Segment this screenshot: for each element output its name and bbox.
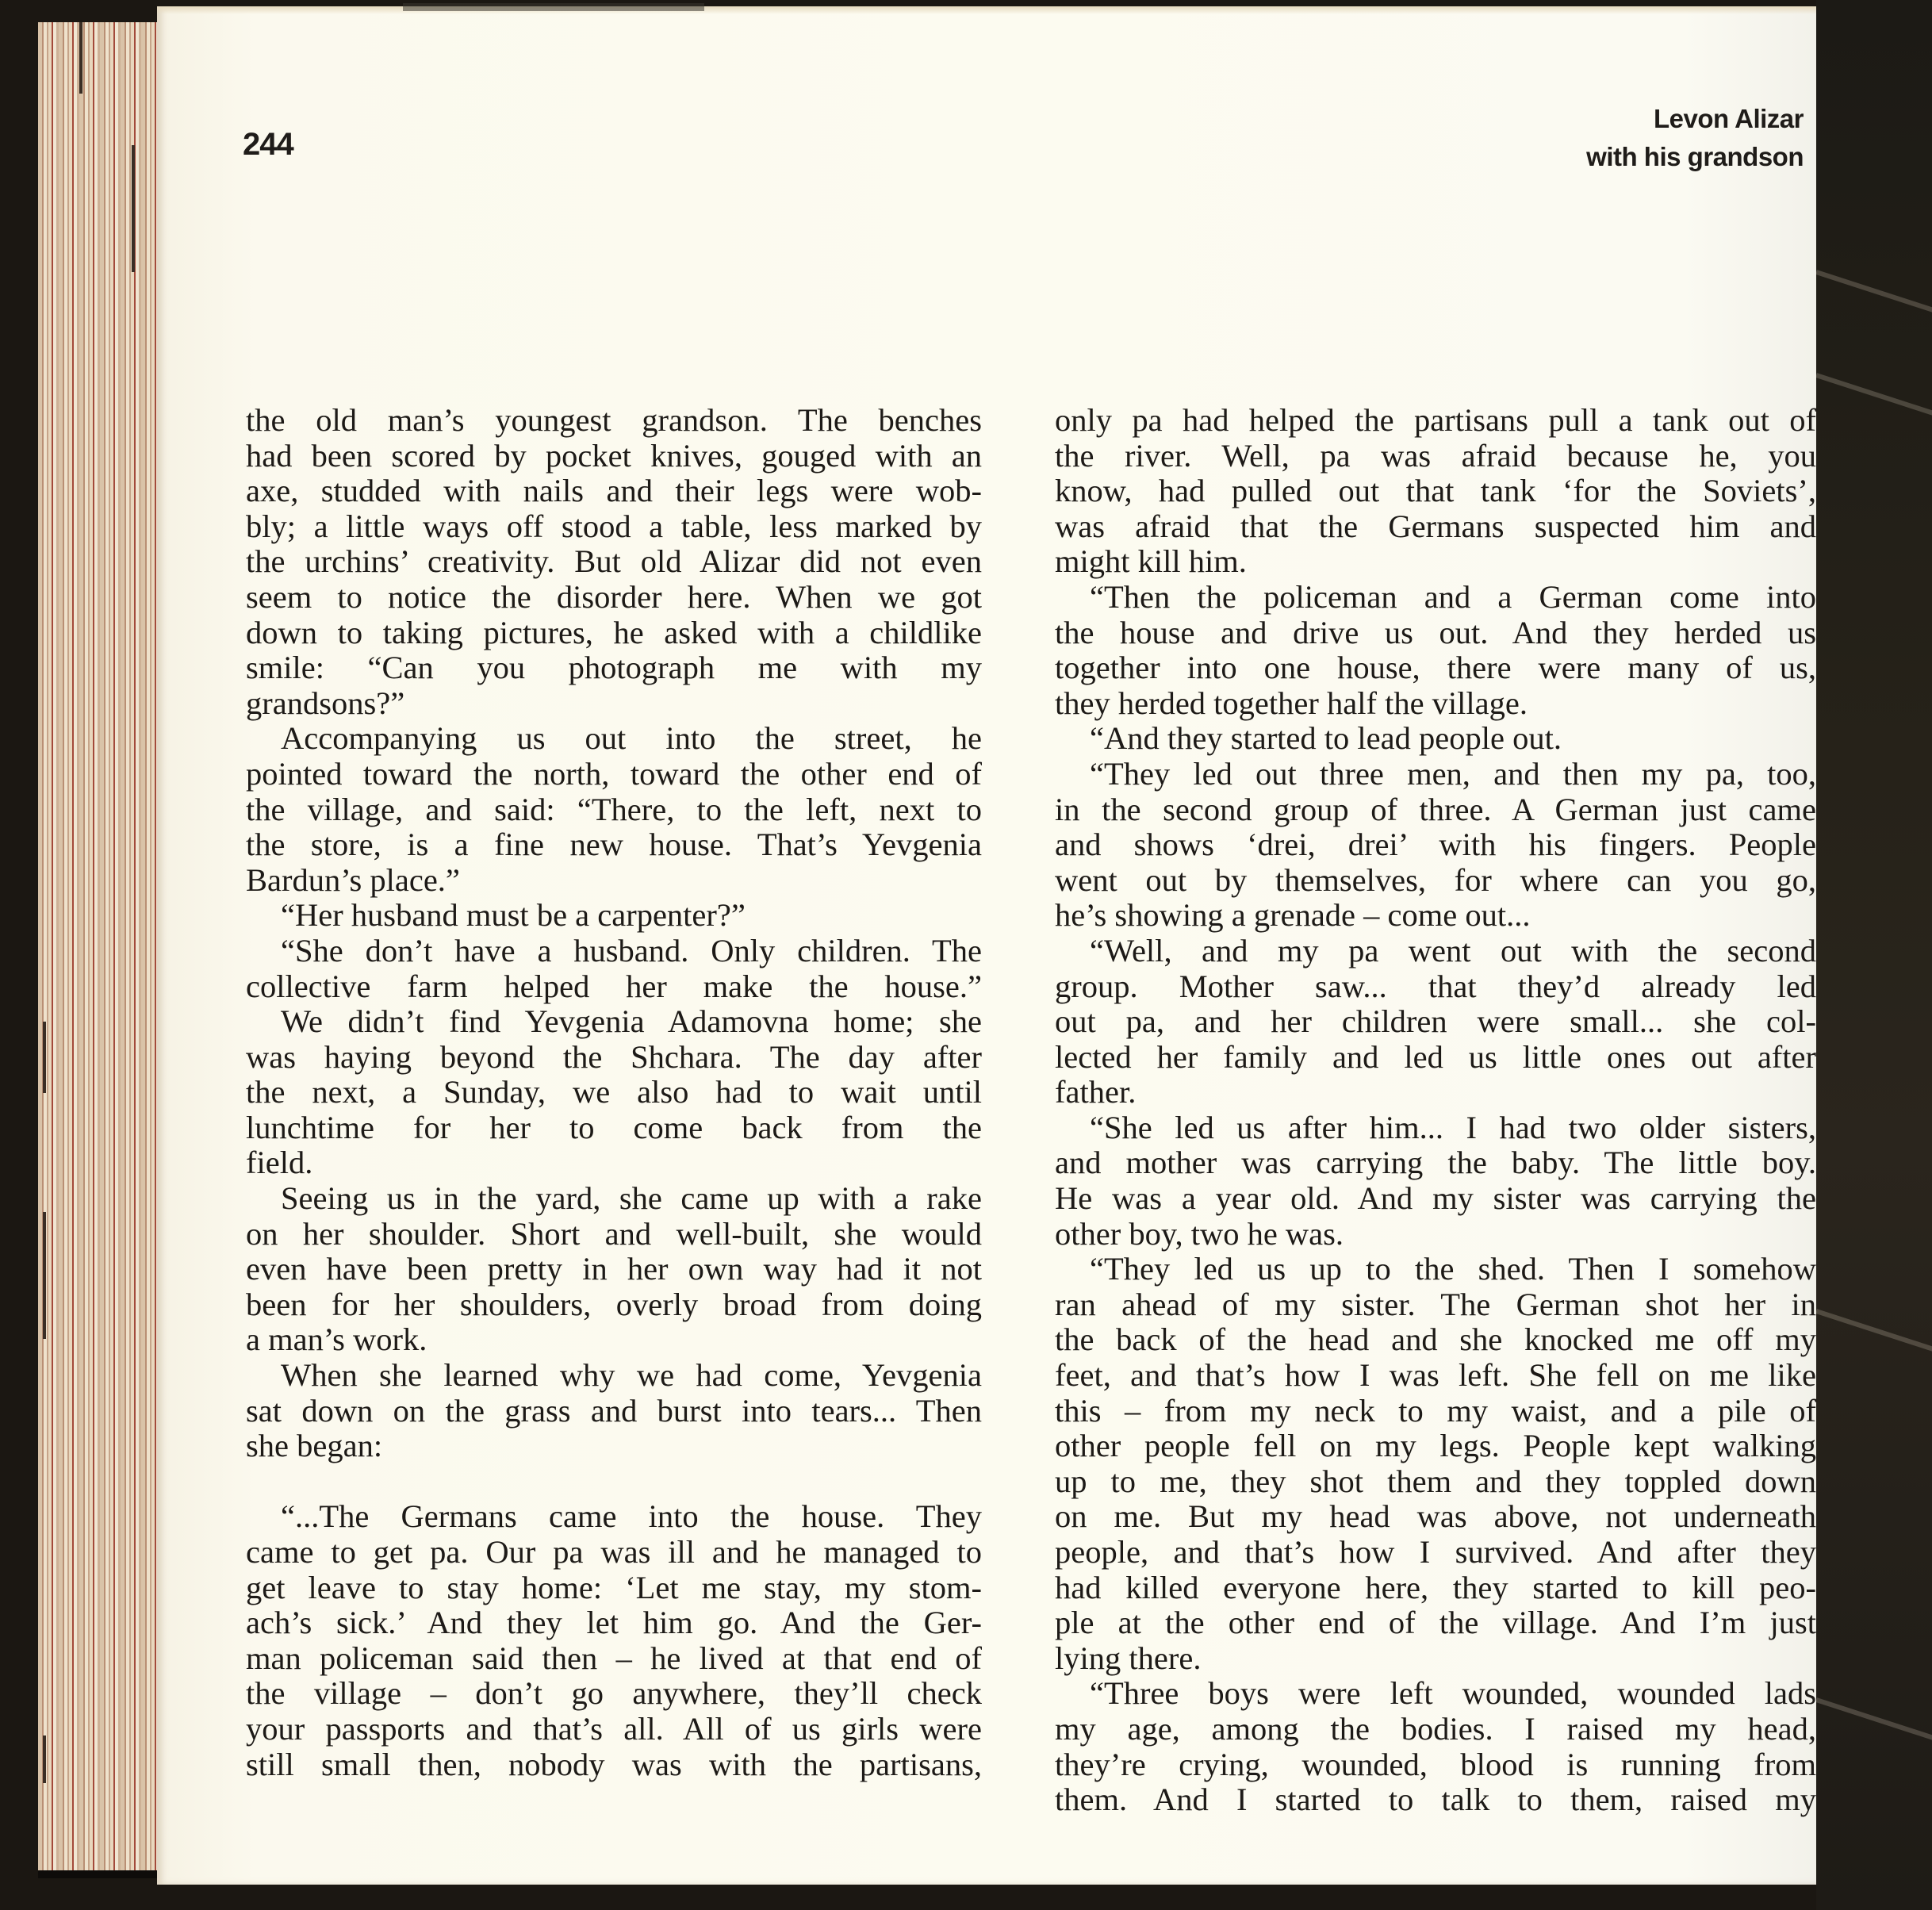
text-line: lying there. bbox=[1055, 1641, 1816, 1677]
text-line: grandsons?” bbox=[246, 686, 982, 722]
text-line: the village, and said: “There, to the le… bbox=[246, 792, 982, 828]
text-line: We didn’t find Yevgenia Adamovna home; s… bbox=[246, 1004, 982, 1040]
text-line: and mother was carrying the baby. The li… bbox=[1055, 1145, 1816, 1181]
text-line: the village – don’t go anywhere, they’ll… bbox=[246, 1676, 982, 1712]
text-line: the house and drive us out. And they her… bbox=[1055, 616, 1816, 651]
text-line: “...The Germans came into the house. The… bbox=[246, 1499, 982, 1535]
caption-line-1: Levon Alizar bbox=[1586, 100, 1804, 138]
text-line: “And they started to lead people out. bbox=[1055, 721, 1816, 757]
text-line: they’re crying, wounded, blood is runnin… bbox=[1055, 1747, 1816, 1783]
text-line: been for her shoulders, overly broad fro… bbox=[246, 1287, 982, 1323]
text-line: “They led us up to the shed. Then I some… bbox=[1055, 1252, 1816, 1287]
text-line: she began: bbox=[246, 1429, 982, 1464]
text-line: and shows ‘drei, drei’ with his fingers.… bbox=[1055, 827, 1816, 863]
page-edge-mark bbox=[43, 1022, 46, 1093]
text-line: feet, and that’s how I was left. She fel… bbox=[1055, 1358, 1816, 1394]
text-line: had been scored by pocket knives, gouged… bbox=[246, 439, 982, 474]
page-edge-mark bbox=[79, 22, 82, 94]
text-line: collective farm helped her make the hous… bbox=[246, 969, 982, 1005]
text-line: sat down on the grass and burst into tea… bbox=[246, 1394, 982, 1429]
text-line: When she learned why we had come, Yevgen… bbox=[246, 1358, 982, 1394]
text-line: went out by themselves, for where can yo… bbox=[1055, 863, 1816, 899]
text-line: “Her husband must be a carpenter?” bbox=[246, 898, 982, 934]
text-line: smile: “Can you photograph me with my bbox=[246, 650, 982, 686]
text-line: pointed toward the north, toward the oth… bbox=[246, 757, 982, 792]
book-page: 244 Levon Alizar with his grandson the o… bbox=[157, 6, 1816, 1885]
dark-background-right bbox=[1816, 0, 1932, 1910]
text-line: bly; a little ways off stood a table, le… bbox=[246, 509, 982, 545]
text-line: a man’s work. bbox=[246, 1322, 982, 1358]
text-line: the next, a Sunday, we also had to wait … bbox=[246, 1075, 982, 1110]
text-line: the river. Well, pa was afraid because h… bbox=[1055, 439, 1816, 474]
text-line: axe, studded with nails and their legs w… bbox=[246, 474, 982, 509]
text-line: the store, is a fine new house. That’s Y… bbox=[246, 827, 982, 863]
text-line: the back of the head and she knocked me … bbox=[1055, 1322, 1816, 1358]
text-line: might kill him. bbox=[1055, 544, 1816, 580]
text-line: down to taking pictures, he asked with a… bbox=[246, 616, 982, 651]
text-line: other people fell on my legs. People kep… bbox=[1055, 1429, 1816, 1464]
caption-line-2: with his grandson bbox=[1586, 138, 1804, 176]
page-edge-mark bbox=[132, 145, 135, 272]
paragraph-spacer bbox=[246, 1464, 982, 1500]
text-line: the urchins’ creativity. But old Alizar … bbox=[246, 544, 982, 580]
text-line: seem to notice the disorder here. When w… bbox=[246, 580, 982, 616]
text-line: group. Mother saw... that they’d already… bbox=[1055, 969, 1816, 1005]
light-streak bbox=[1815, 1697, 1932, 1741]
text-line: “Well, and my pa went out with the secon… bbox=[1055, 934, 1816, 969]
text-line: this – from my neck to my waist, and a p… bbox=[1055, 1394, 1816, 1429]
page-edge-mark bbox=[43, 1735, 46, 1783]
text-line: your passports and that’s all. All of us… bbox=[246, 1712, 982, 1747]
text-line: ach’s sick.’ And they let him go. And th… bbox=[246, 1605, 982, 1641]
text-line: was haying beyond the Shchara. The day a… bbox=[246, 1040, 982, 1076]
text-line: on her shoulder. Short and well-built, s… bbox=[246, 1217, 982, 1252]
text-line: my age, among the bodies. I raised my he… bbox=[1055, 1712, 1816, 1747]
text-column-right: only pa had helped the partisans pull a … bbox=[1055, 403, 1816, 1818]
text-line: field. bbox=[246, 1145, 982, 1181]
page-edges-stack bbox=[38, 22, 157, 1878]
text-line: had killed everyone here, they started t… bbox=[1055, 1571, 1816, 1606]
text-line: “She led us after him... I had two older… bbox=[1055, 1110, 1816, 1146]
text-line: on me. But my head was above, not undern… bbox=[1055, 1499, 1816, 1535]
light-streak bbox=[1815, 373, 1932, 416]
text-line: Seeing us in the yard, she came up with … bbox=[246, 1181, 982, 1217]
text-line: “Three boys were left wounded, wounded l… bbox=[1055, 1676, 1816, 1712]
text-line: get leave to stay home: ‘Let me stay, my… bbox=[246, 1571, 982, 1606]
text-line: lected her family and led us little ones… bbox=[1055, 1040, 1816, 1076]
photo-caption: Levon Alizar with his grandson bbox=[1586, 100, 1804, 176]
text-line: “They led out three men, and then my pa,… bbox=[1055, 757, 1816, 792]
text-line: He was a year old. And my sister was car… bbox=[1055, 1181, 1816, 1217]
text-line: father. bbox=[1055, 1075, 1816, 1110]
text-line: people, and that’s how I survived. And a… bbox=[1055, 1535, 1816, 1571]
running-head-bleed bbox=[403, 3, 704, 11]
page-edge-mark bbox=[43, 1212, 46, 1339]
text-line: Bardun’s place.” bbox=[246, 863, 982, 899]
light-streak bbox=[1815, 270, 1932, 313]
text-line: he’s showing a grenade – come out... bbox=[1055, 898, 1816, 934]
text-line: “Then the policeman and a German come in… bbox=[1055, 580, 1816, 616]
text-line: man policeman said then – he lived at th… bbox=[246, 1641, 982, 1677]
text-line: other boy, two he was. bbox=[1055, 1217, 1816, 1252]
text-line: only pa had helped the partisans pull a … bbox=[1055, 403, 1816, 439]
text-line: ran ahead of my sister. The German shot … bbox=[1055, 1287, 1816, 1323]
text-line: Accompanying us out into the street, he bbox=[246, 721, 982, 757]
text-line: in the second group of three. A German j… bbox=[1055, 792, 1816, 828]
text-line: together into one house, there were many… bbox=[1055, 650, 1816, 686]
text-column-left: the old man’s youngest grandson. The ben… bbox=[246, 403, 982, 1782]
text-line: lunchtime for her to come back from the bbox=[246, 1110, 982, 1146]
page-number: 244 bbox=[243, 127, 293, 163]
text-line: they herded together half the village. bbox=[1055, 686, 1816, 722]
text-line: even have been pretty in her own way had… bbox=[246, 1252, 982, 1287]
light-streak bbox=[1815, 1309, 1932, 1352]
text-line: them. And I started to talk to them, rai… bbox=[1055, 1782, 1816, 1818]
text-line: the old man’s youngest grandson. The ben… bbox=[246, 403, 982, 439]
text-line: up to me, they shot them and they topple… bbox=[1055, 1464, 1816, 1500]
text-line: “She don’t have a husband. Only children… bbox=[246, 934, 982, 969]
text-line: still small then, nobody was with the pa… bbox=[246, 1747, 982, 1783]
book-photo-scene: 244 Levon Alizar with his grandson the o… bbox=[0, 0, 1932, 1910]
text-line: came to get pa. Our pa was ill and he ma… bbox=[246, 1535, 982, 1571]
text-line: out pa, and her children were small... s… bbox=[1055, 1004, 1816, 1040]
text-line: ple at the other end of the village. And… bbox=[1055, 1605, 1816, 1641]
text-line: know, had pulled out that tank ‘for the … bbox=[1055, 474, 1816, 509]
text-line: was afraid that the Germans suspected hi… bbox=[1055, 509, 1816, 545]
